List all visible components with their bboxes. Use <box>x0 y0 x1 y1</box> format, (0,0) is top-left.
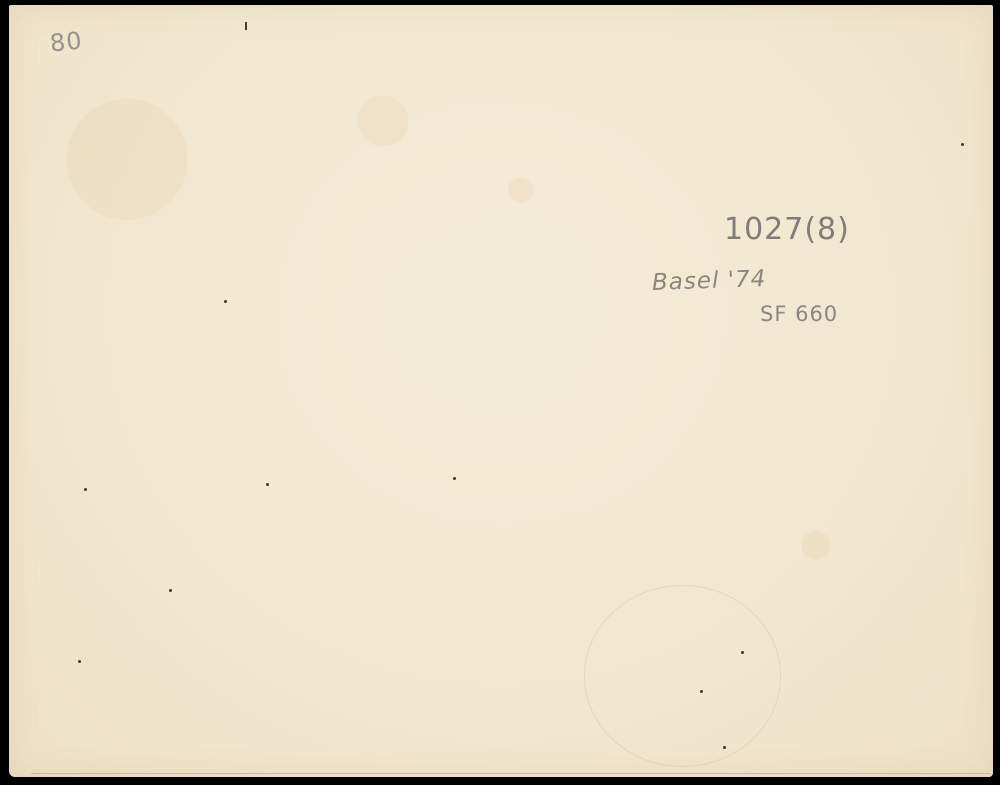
speck <box>84 488 87 491</box>
speck <box>78 660 81 663</box>
inventory-number-note: 1027(8) <box>724 212 850 247</box>
speck <box>741 651 744 654</box>
speck <box>961 143 964 146</box>
price-note: SF 660 <box>760 302 838 326</box>
page-number-note: 80 <box>49 26 84 57</box>
speck <box>169 589 172 592</box>
speck <box>453 477 456 480</box>
location-year-note: Basel '74 <box>652 266 767 296</box>
faint-stamp-circle <box>584 585 781 767</box>
speck <box>224 300 227 303</box>
speck <box>723 746 726 749</box>
paper-sheet <box>9 5 993 777</box>
paper-fold-edge <box>31 773 991 777</box>
ink-mark <box>245 22 247 30</box>
speck <box>266 483 269 486</box>
speck <box>700 690 703 693</box>
